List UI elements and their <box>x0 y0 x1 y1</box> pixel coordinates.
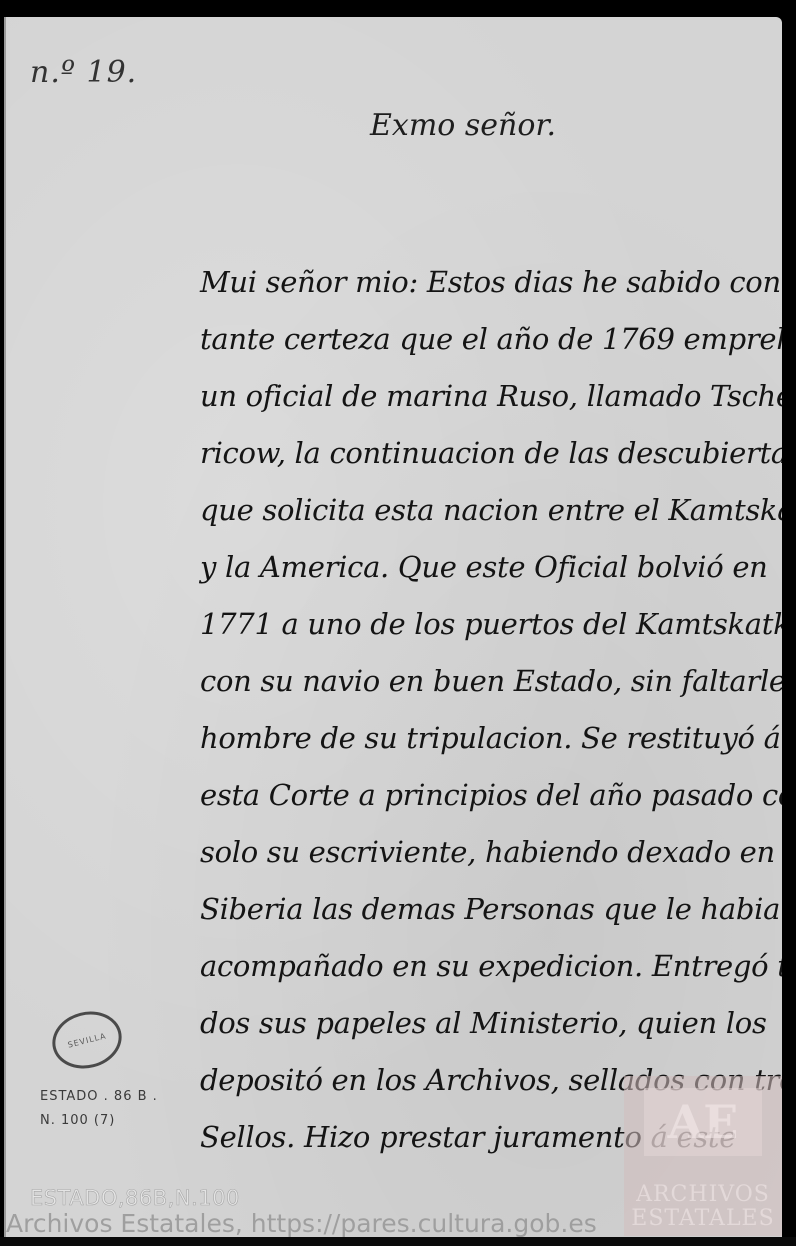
salutation-heading: Exmo señor. <box>370 108 556 143</box>
watermark-reference: ESTADO,86B,N.100 <box>30 1186 240 1210</box>
letter-line: con su navio en buen Estado, sin faltarl… <box>200 661 790 718</box>
scan-border-bottom <box>0 1237 796 1246</box>
letter-line: un oficial de marina Ruso, llamado Tsche… <box>200 376 790 433</box>
letter-line: Mui señor mio: Estos dias he sabido con … <box>200 262 790 319</box>
logo-text-line-2: ESTATALES <box>624 1206 782 1231</box>
folio-number: n.º 19. <box>30 55 137 90</box>
archive-reference-line-1: ESTADO . 86 B . <box>40 1089 158 1104</box>
watermark-source-url: Archivos Estatales, https://pares.cultur… <box>6 1209 597 1238</box>
letter-line: hombre de su tripulacion. Se restituyó á <box>200 718 790 775</box>
scan-border-right <box>782 0 796 1246</box>
letter-line: 1771 a uno de los puertos del Kamtskatka… <box>200 604 790 661</box>
letter-line: Siberia las demas Personas que le habian <box>200 889 790 946</box>
letter-line: ricow, la continuacion de las descubiert… <box>200 433 790 490</box>
letter-line: dos sus papeles al Ministerio, quien los <box>200 1003 790 1060</box>
letter-body: Mui señor mio: Estos dias he sabido con … <box>200 262 790 1174</box>
letter-line: que solicita esta nacion entre el Kamtsk… <box>200 490 790 547</box>
archivos-estatales-logo: AE ARCHIVOS ESTATALES <box>624 1076 782 1236</box>
logo-mark-icon: AE <box>644 1088 762 1156</box>
archive-reference-line-2: N. 100 (7) <box>40 1113 115 1128</box>
letter-line: acompañado en su expedicion. Entregó to_ <box>200 946 790 1003</box>
logo-text-line-1: ARCHIVOS <box>624 1182 782 1207</box>
letter-line: esta Corte a principios del año pasado c… <box>200 775 790 832</box>
letter-line: tante certeza que el año de 1769 emprehe… <box>200 319 790 376</box>
seal-text: SEVILLA <box>67 1031 108 1049</box>
page-left-edge <box>4 17 6 1237</box>
letter-line: y la America. Que este Oficial bolvió en <box>200 547 790 604</box>
letter-line: solo su escriviente, habiendo dexado en <box>200 832 790 889</box>
